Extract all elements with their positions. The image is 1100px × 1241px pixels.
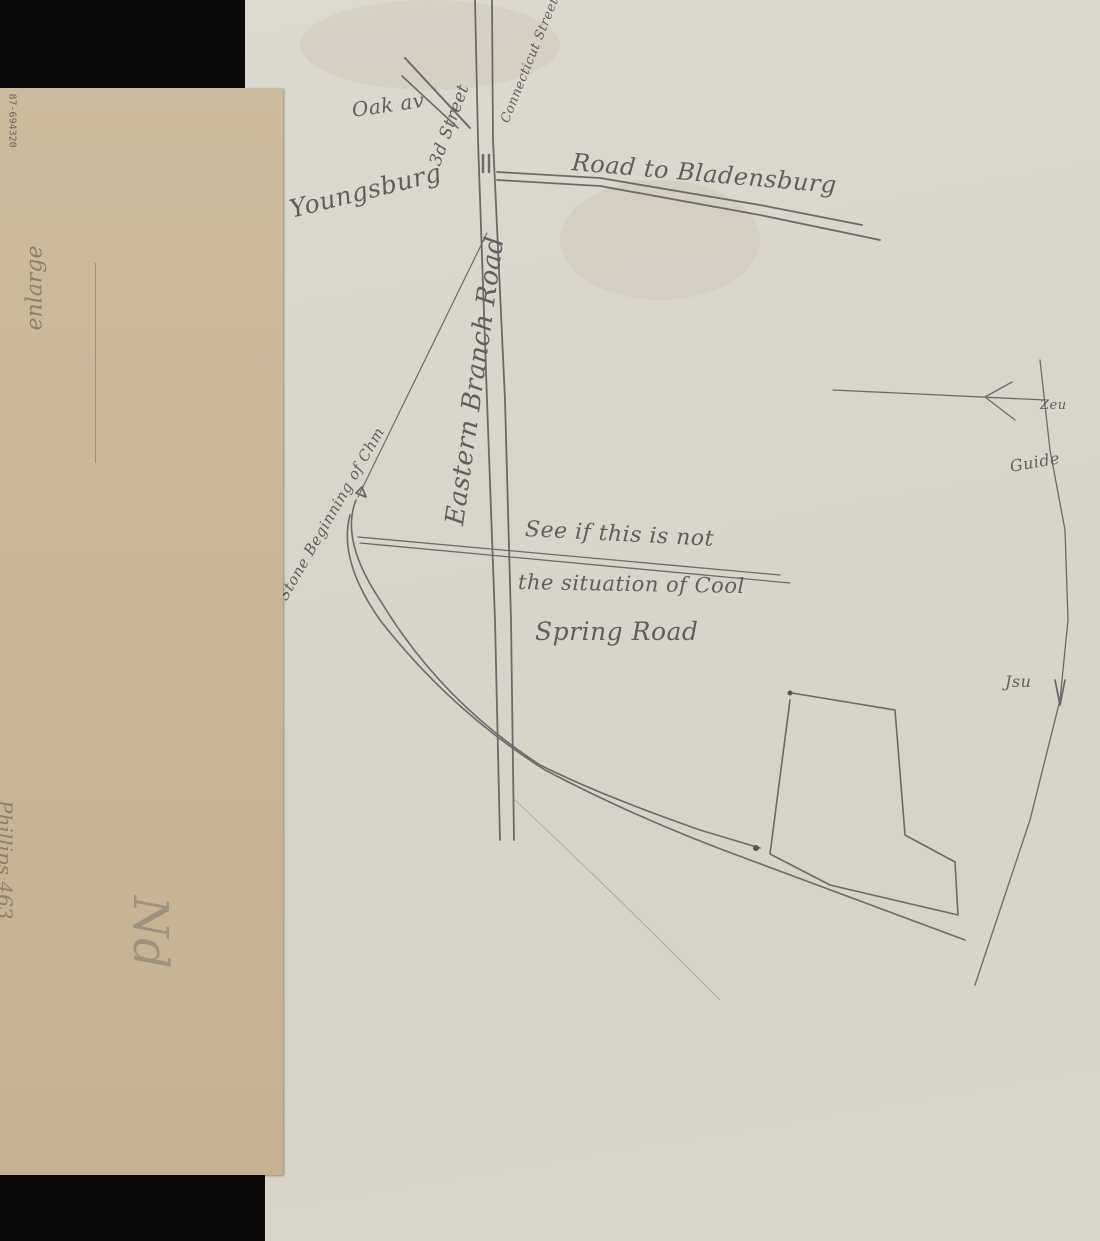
label-jsu: Jsu — [1005, 672, 1031, 691]
eastern-branch-road-right-edge — [492, 0, 514, 840]
slip-initials: Nd — [122, 896, 178, 969]
parcel-boundary — [770, 693, 958, 915]
slip-note-phillips: Phillips 463 — [0, 800, 17, 920]
parcel-corner-point — [788, 691, 793, 696]
crossing-mark — [483, 155, 489, 172]
slip-underline — [95, 263, 96, 463]
annotation-line-3: Spring Road — [535, 617, 698, 646]
catalog-slip: 87-694320 enlarge Phillips 463 Nd — [0, 88, 283, 1175]
catalog-number: 87-694320 — [7, 94, 18, 148]
cool-spring-road-outer — [351, 500, 760, 848]
slip-note-enlarge: enlarge — [23, 246, 48, 331]
north-arrow-icon — [833, 382, 1045, 420]
annotation-line-2: the situation of Cool — [518, 570, 745, 598]
label-north-marker: Zeu — [1040, 398, 1067, 413]
faint-line — [515, 800, 720, 1000]
parcel-corner-point — [753, 845, 759, 851]
arrow-icon — [1055, 680, 1065, 705]
